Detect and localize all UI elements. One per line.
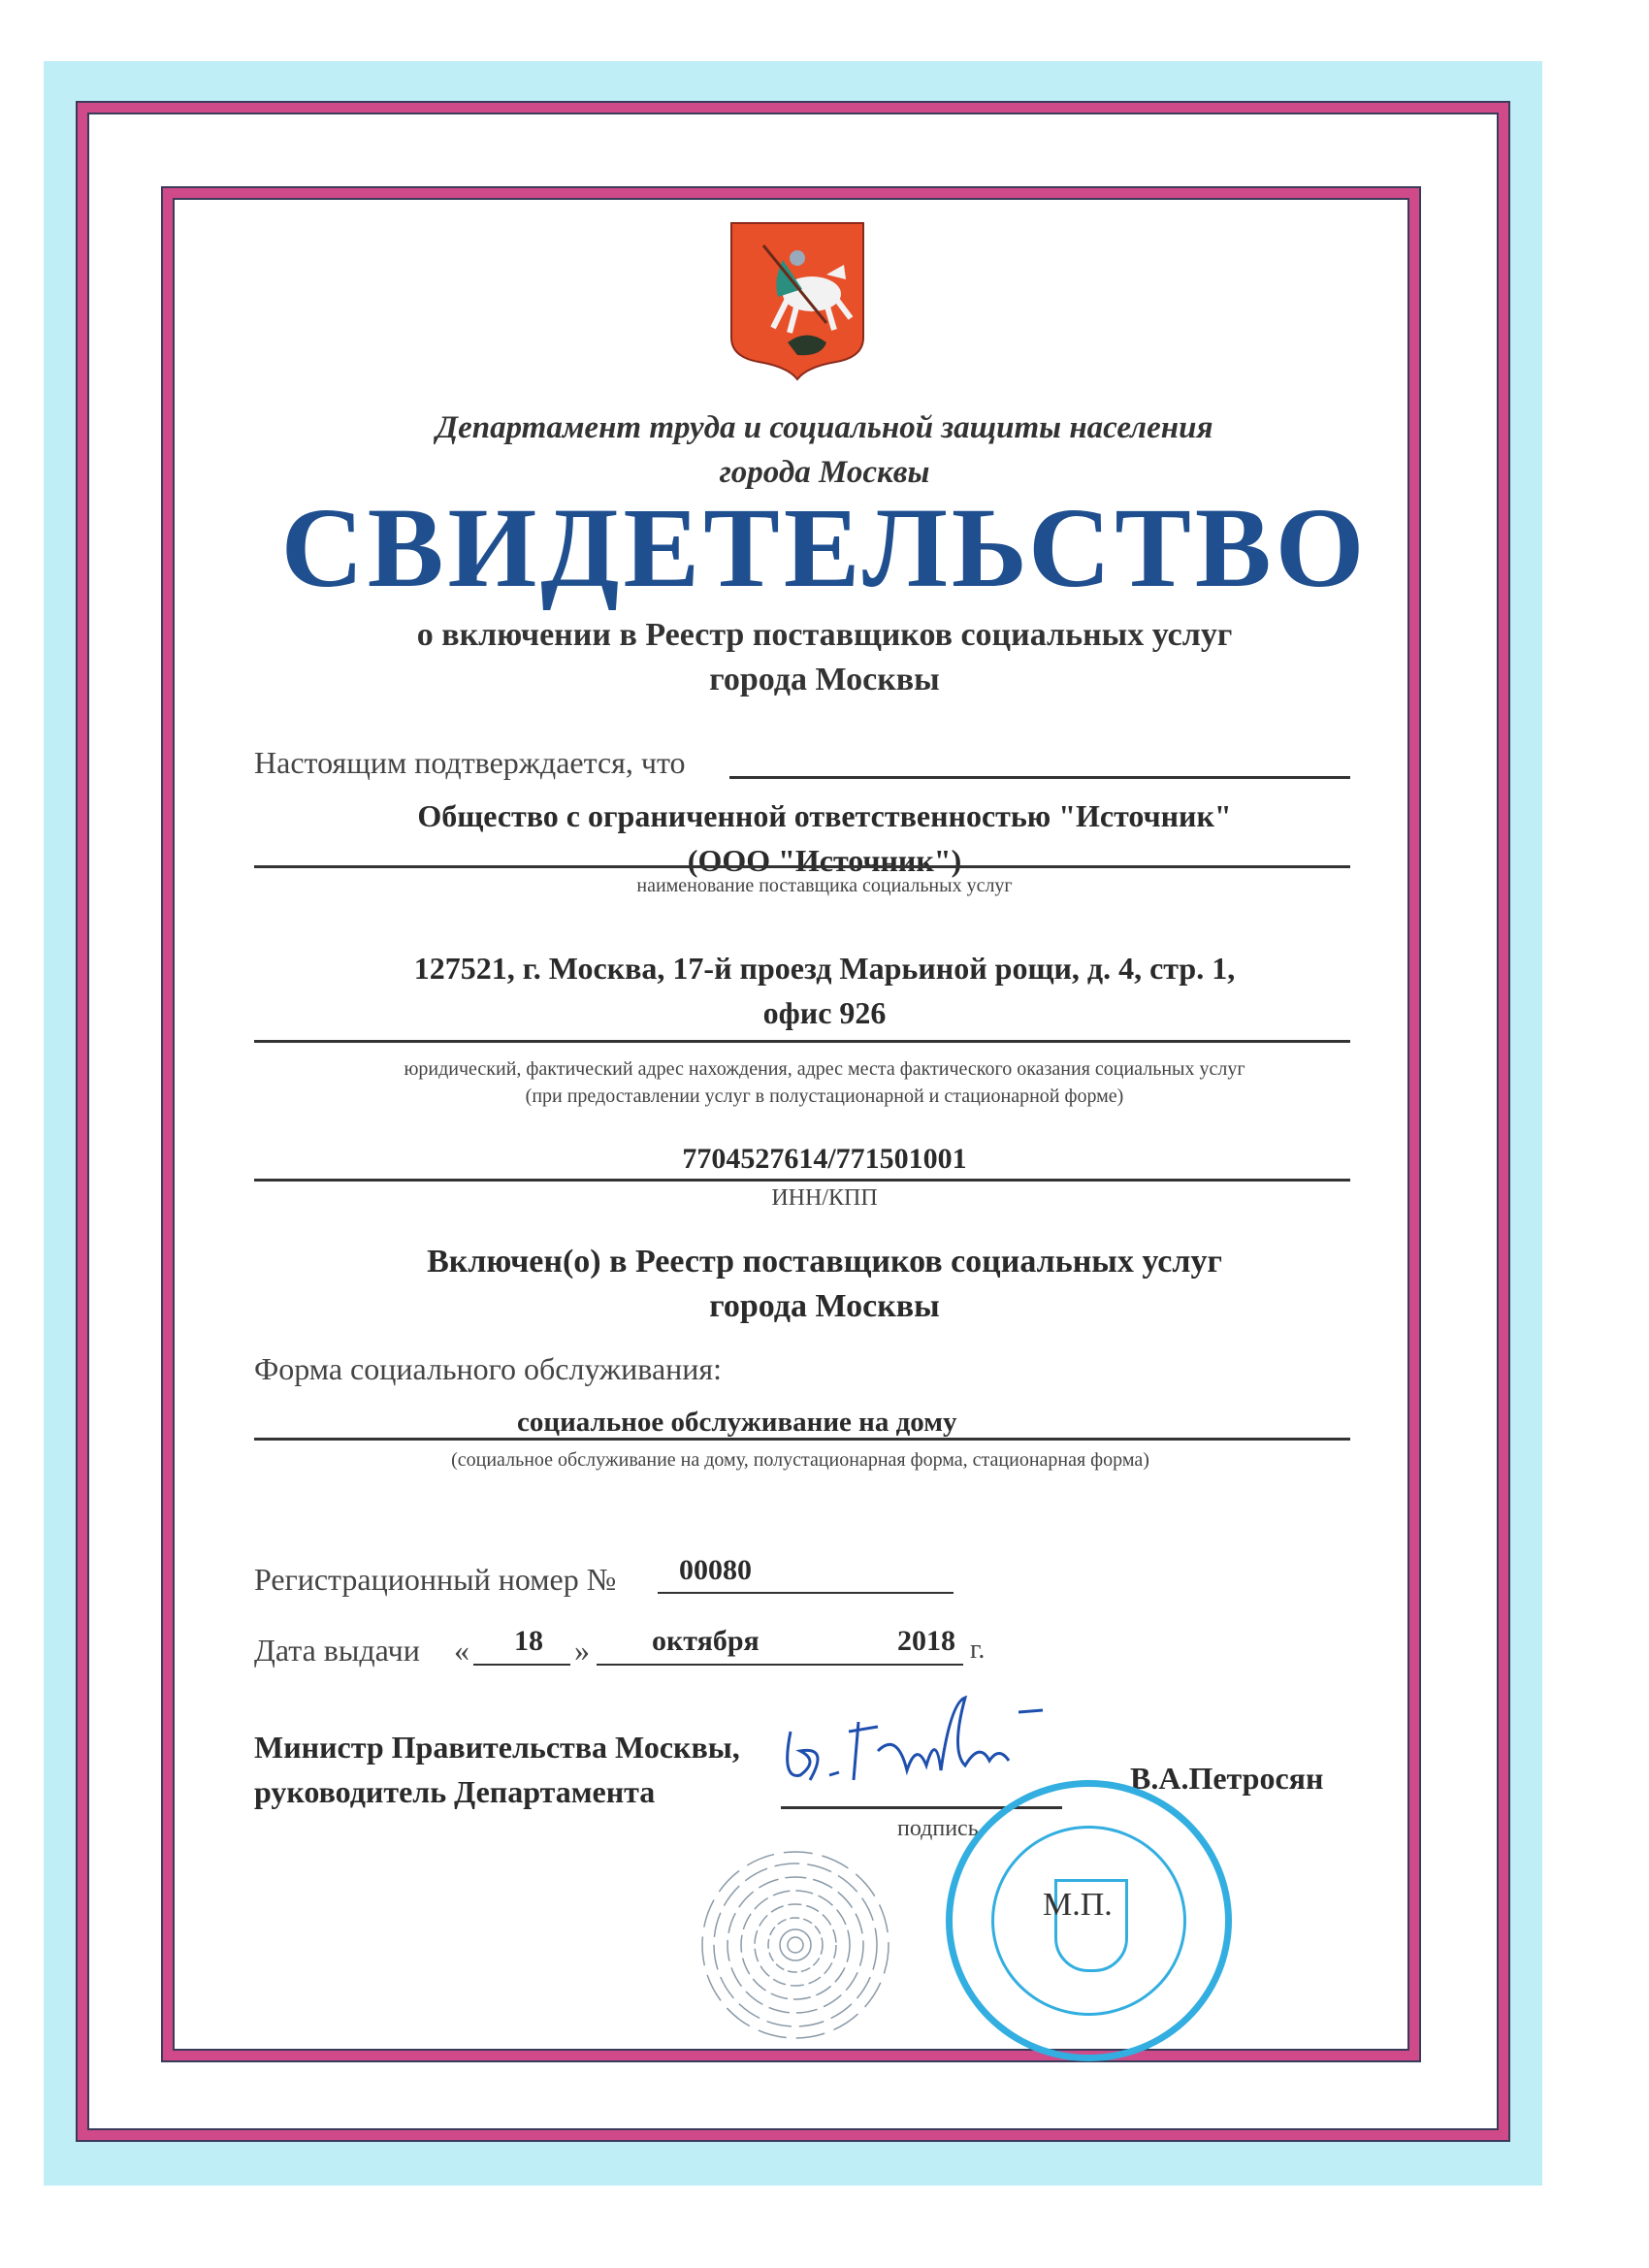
position-line-1: Министр Правительства Москвы,: [254, 1725, 740, 1769]
inn-kpp-underline: [254, 1179, 1350, 1182]
address-hint-line-2: (при предоставлении услуг в полустациона…: [0, 1083, 1649, 1110]
reg-number-label: Регистрационный номер №: [254, 1562, 616, 1598]
issue-month-year-underline: [597, 1664, 963, 1666]
close-quote: »: [574, 1633, 590, 1669]
address-hint: юридический, фактический адрес нахождени…: [0, 1055, 1649, 1110]
address-hint-line-1: юридический, фактический адрес нахождени…: [0, 1055, 1649, 1083]
inn-kpp-value: 7704527614/771501001: [0, 1143, 1649, 1176]
signer-position: Министр Правительства Москвы, руководите…: [254, 1725, 740, 1814]
stamp-label: М.П.: [1043, 1887, 1113, 1924]
service-form-value: социальное обслуживание на дому: [517, 1407, 957, 1439]
address-line-2: офис 926: [0, 990, 1649, 1035]
inn-kpp-hint: ИНН/КПП: [0, 1185, 1649, 1212]
department-name: Департамент труда и социальной защиты на…: [0, 405, 1649, 495]
certificate-subtitle: о включении в Реестр поставщиков социаль…: [0, 613, 1649, 702]
included-statement: Включен(о) в Реестр поставщиков социальн…: [0, 1240, 1649, 1329]
year-suffix: г.: [970, 1635, 985, 1666]
department-line-1: Департамент труда и социальной защиты на…: [0, 405, 1649, 450]
included-line-2: города Москвы: [0, 1284, 1649, 1329]
provider-name: Общество с ограниченной ответственностью…: [0, 794, 1649, 883]
issue-day-underline: [473, 1664, 570, 1666]
issue-day: 18: [514, 1625, 543, 1658]
reg-number-value: 00080: [679, 1554, 752, 1587]
confirm-underline: [729, 776, 1350, 779]
issue-date-label: Дата выдачи: [254, 1633, 420, 1669]
service-form-underline: [254, 1438, 1350, 1441]
provider-name-underline: [254, 865, 1350, 868]
subtitle-line-2: города Москвы: [0, 658, 1649, 702]
address-line-1: 127521, г. Москва, 17-й проезд Марьиной …: [0, 946, 1649, 990]
security-rosette-icon: [698, 1848, 892, 2042]
provider-name-hint: наименование поставщика социальных услуг: [0, 875, 1649, 897]
position-line-2: руководитель Департамента: [254, 1769, 740, 1814]
provider-address: 127521, г. Москва, 17-й проезд Марьиной …: [0, 946, 1649, 1035]
issue-month: октября: [652, 1625, 760, 1658]
confirm-label: Настоящим подтверждается, что: [254, 745, 686, 781]
included-line-1: Включен(о) в Реестр поставщиков социальн…: [0, 1240, 1649, 1284]
address-underline: [254, 1040, 1350, 1043]
issue-year: 2018: [897, 1625, 955, 1658]
signature-hint: подпись: [897, 1816, 979, 1842]
moscow-coat-of-arms-icon: [729, 221, 865, 381]
reg-number-underline: [658, 1592, 954, 1594]
open-quote: «: [454, 1633, 469, 1669]
provider-name-line-1: Общество с ограниченной ответственностью…: [0, 794, 1649, 838]
service-form-label: Форма социального обслуживания:: [254, 1351, 722, 1387]
subtitle-line-1: о включении в Реестр поставщиков социаль…: [0, 613, 1649, 658]
certificate-title: СВИДЕТЕЛЬСТВО: [0, 485, 1649, 611]
service-form-hint: (социальное обслуживание на дому, полуст…: [0, 1449, 1625, 1472]
signer-name: В.А.Петросян: [1130, 1761, 1323, 1797]
